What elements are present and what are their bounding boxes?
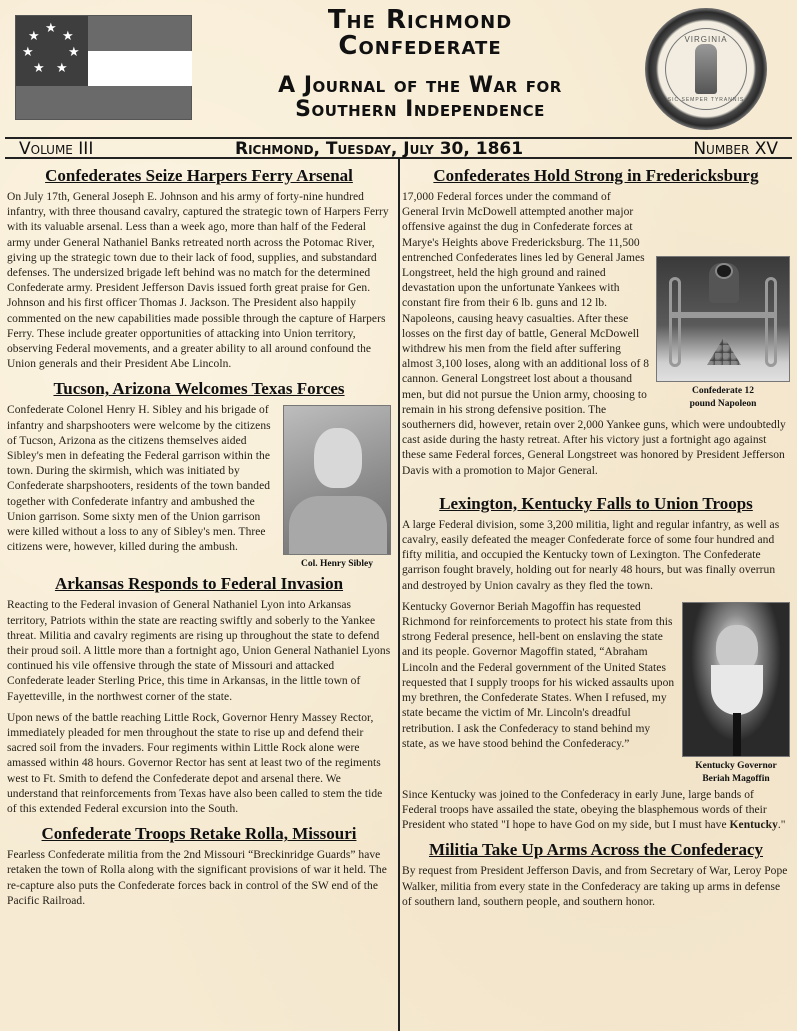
issue-number-label: Number XV bbox=[693, 140, 778, 158]
paragraph-text: Since Kentucky was joined to the Confede… bbox=[402, 789, 767, 831]
star-icon: ★ bbox=[28, 30, 40, 43]
photo-henry-sibley bbox=[283, 405, 391, 555]
star-icon: ★ bbox=[22, 46, 34, 59]
headline: Militia Take Up Arms Across the Confeder… bbox=[402, 839, 790, 861]
portrait-coat bbox=[289, 496, 387, 555]
photo-napoleon-cannon bbox=[656, 256, 790, 382]
seal-top-text: VIRGINIA bbox=[666, 35, 746, 44]
cannon-wheel bbox=[669, 277, 681, 367]
seal-bottom-text: SIC SEMPER TYRANNIS bbox=[666, 97, 746, 103]
headline: Tucson, Arizona Welcomes Texas Forces bbox=[7, 378, 391, 400]
article-body: Upon news of the battle reaching Little … bbox=[7, 711, 391, 817]
cannon-axle bbox=[672, 312, 776, 318]
photo-caption: Col. Henry Sibley bbox=[283, 558, 391, 571]
right-column: Confederates Hold Strong in Fredericksbu… bbox=[402, 165, 790, 916]
figure-magoffin: Kentucky Governor Beriah Magoffin bbox=[682, 602, 790, 786]
caption-line-1: Kentucky Governor bbox=[695, 761, 777, 771]
article-rolla: Confederate Troops Retake Rolla, Missour… bbox=[7, 823, 391, 909]
article-lexington: Lexington, Kentucky Falls to Union Troop… bbox=[402, 493, 790, 834]
headline: Confederates Seize Harpers Ferry Arsenal bbox=[7, 165, 391, 187]
article-body: On July 17th, General Joseph E. Johnson … bbox=[7, 190, 391, 372]
photo-beriah-magoffin bbox=[682, 602, 790, 757]
flag-white-bar bbox=[88, 51, 192, 86]
cannon-wheel bbox=[765, 277, 777, 367]
caption-line-1: Confederate 12 bbox=[692, 386, 754, 396]
newspaper-title: The Richmond Confederate bbox=[200, 7, 640, 59]
figure-cannon: Confederate 12 pound Napoleon bbox=[656, 256, 790, 411]
star-icon: ★ bbox=[56, 62, 68, 75]
article-arkansas: Arkansas Responds to Federal Invasion Re… bbox=[7, 573, 391, 817]
headline: Confederate Troops Retake Rolla, Missour… bbox=[7, 823, 391, 845]
flag-canton: ★ ★ ★ ★ ★ ★ ★ bbox=[16, 16, 88, 86]
article-body: Reacting to the Federal invasion of Gene… bbox=[7, 598, 391, 704]
seal-inner: VIRGINIA SIC SEMPER TYRANNIS bbox=[665, 28, 747, 110]
subtitle-line-2: Southern Independence bbox=[200, 98, 640, 122]
photo-caption: Kentucky Governor Beriah Magoffin bbox=[682, 760, 790, 786]
title-line-2: Confederate bbox=[200, 33, 640, 59]
article-militia: Militia Take Up Arms Across the Confeder… bbox=[402, 839, 790, 910]
article-body: Since Kentucky was joined to the Confede… bbox=[402, 788, 790, 834]
article-harpers-ferry: Confederates Seize Harpers Ferry Arsenal… bbox=[7, 165, 391, 372]
cannonball-pyramid bbox=[707, 337, 741, 365]
headline: Lexington, Kentucky Falls to Union Troop… bbox=[402, 493, 790, 515]
volume-label: Volume III bbox=[19, 140, 93, 158]
left-column: Confederates Seize Harpers Ferry Arsenal… bbox=[7, 165, 391, 915]
masthead: ★ ★ ★ ★ ★ ★ ★ The Richmond Confederate A… bbox=[0, 0, 797, 135]
virginia-seal-icon: VIRGINIA SIC SEMPER TYRANNIS bbox=[645, 8, 767, 130]
star-icon: ★ bbox=[62, 30, 74, 43]
dateline: Volume III Richmond, Tuesday, July 30, 1… bbox=[5, 137, 792, 159]
bold-keyword: Kentucky bbox=[730, 819, 778, 831]
date-label: Richmond, Tuesday, July 30, 1861 bbox=[235, 140, 523, 158]
newspaper-subtitle: A Journal of the War for Southern Indepe… bbox=[200, 74, 640, 122]
article-body: By request from President Jefferson Davi… bbox=[402, 864, 790, 910]
article-tucson: Tucson, Arizona Welcomes Texas Forces Co… bbox=[7, 378, 391, 573]
confederate-flag-icon: ★ ★ ★ ★ ★ ★ ★ bbox=[15, 15, 192, 120]
portrait-face bbox=[314, 428, 362, 488]
seal-figure-icon bbox=[695, 44, 717, 94]
star-icon: ★ bbox=[45, 22, 57, 35]
headline: Confederates Hold Strong in Fredericksbu… bbox=[402, 165, 790, 187]
quote-end: ." bbox=[778, 819, 786, 831]
photo-caption: Confederate 12 pound Napoleon bbox=[656, 385, 790, 411]
subtitle-line-1: A Journal of the War for bbox=[200, 74, 640, 98]
star-icon: ★ bbox=[68, 46, 80, 59]
portrait-tie bbox=[733, 713, 741, 757]
figure-sibley: Col. Henry Sibley bbox=[283, 405, 391, 571]
cannon-bore bbox=[715, 263, 733, 279]
article-fredericksburg: Confederates Hold Strong in Fredericksbu… bbox=[402, 165, 790, 485]
caption-line-2: Beriah Magoffin bbox=[702, 774, 769, 784]
article-body: A large Federal division, some 3,200 mil… bbox=[402, 518, 790, 594]
portrait-beard bbox=[711, 665, 763, 715]
article-body: Fearless Confederate militia from the 2n… bbox=[7, 848, 391, 909]
headline: Arkansas Responds to Federal Invasion bbox=[7, 573, 391, 595]
caption-line-2: pound Napoleon bbox=[690, 399, 757, 409]
title-line-1: The Richmond bbox=[200, 7, 640, 33]
star-icon: ★ bbox=[33, 62, 45, 75]
column-divider bbox=[398, 159, 400, 1031]
